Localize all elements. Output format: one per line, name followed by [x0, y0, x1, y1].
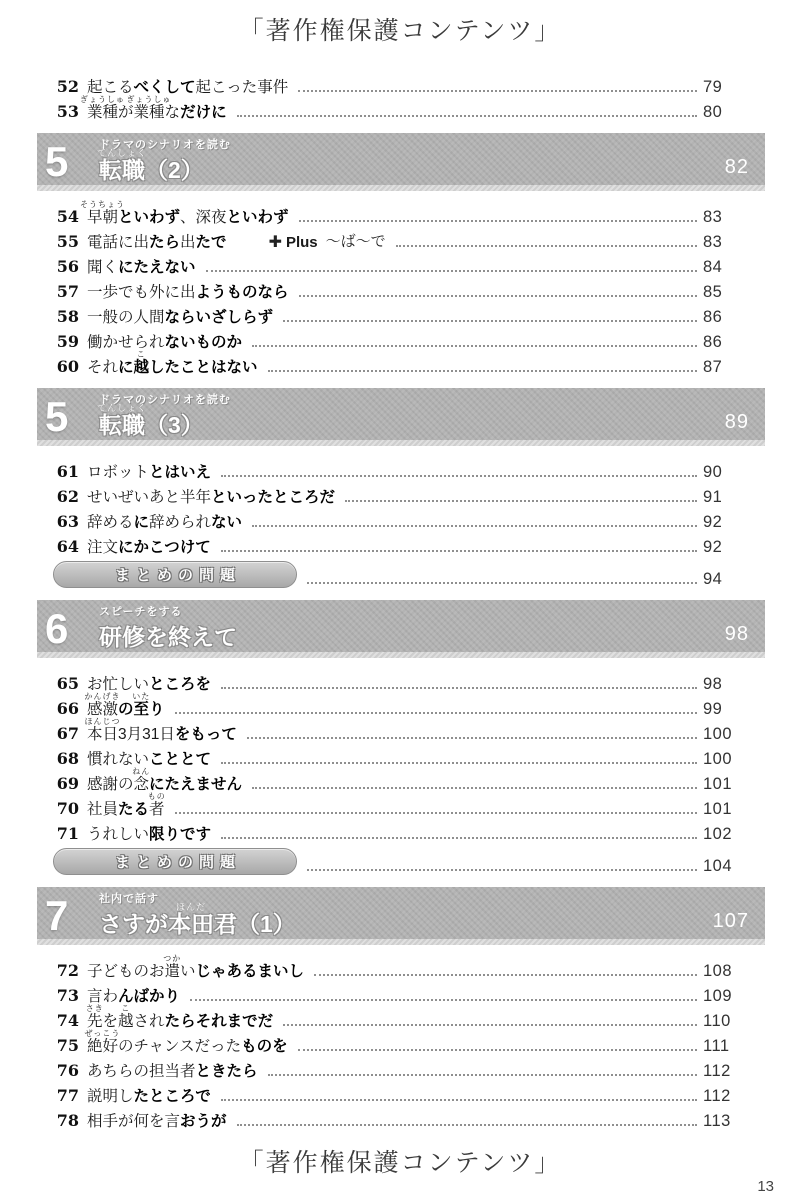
dotted-leader: [206, 270, 697, 272]
entry-page-number: 112: [703, 1088, 765, 1105]
entry-number: 72: [53, 963, 79, 980]
entry-number: 74: [53, 1013, 79, 1030]
toc-entry: 69感謝のねん念にたえません101: [37, 768, 765, 793]
chapter-number: 6: [45, 608, 68, 650]
entry-title: せいぜいあと半年といったところだ: [87, 489, 335, 506]
entry-page-number: 86: [703, 334, 765, 351]
ruby-text: ほんだ本田: [168, 912, 214, 936]
plus-icon: ✚: [269, 235, 282, 251]
entry-page-number: 91: [703, 489, 765, 506]
entry-title: さき先をこ越されたらそれまでだ: [87, 1013, 273, 1030]
dotted-leader: [298, 1049, 697, 1051]
toc-entry: 54そうちょう早朝といわず、深夜といわず83: [37, 201, 765, 226]
chapter-bar: 6スピーチをする研修を終えて98: [37, 600, 765, 652]
dotted-leader: [268, 370, 697, 372]
toc-entry: 55電話に出たら出たで✚Plus～ば～で83: [37, 226, 765, 251]
entry-number: 69: [53, 776, 79, 793]
entry-page-number: 113: [703, 1113, 765, 1130]
entry-page-number: 99: [703, 701, 765, 718]
entry-title: ぎょうしゅ業種がぎょうしゅ業種なだけに: [87, 104, 227, 121]
toc: 52起こるべくして起こった事件7953ぎょうしゅ業種がぎょうしゅ業種なだけに80…: [0, 71, 800, 1130]
dotted-leader: [221, 550, 697, 552]
dotted-leader: [299, 220, 697, 222]
dotted-leader: [252, 787, 697, 789]
entry-page-number: 102: [703, 826, 765, 843]
entry-title: 一般の人間ならいざしらず: [87, 309, 273, 326]
summary-page-number: 104: [703, 858, 765, 875]
chapter-subtitle: スピーチをする: [99, 603, 183, 619]
chapter-page-number: 82: [725, 156, 749, 179]
chapter-bar-strip: [37, 440, 765, 446]
ruby-text: ぎょうしゅ業種: [87, 104, 118, 121]
chapter-page-number: 89: [725, 411, 749, 434]
entry-page-number: 83: [703, 209, 765, 226]
summary-row: まとめの問題104: [37, 847, 765, 875]
entry-page-number: 110: [703, 1013, 765, 1030]
ruby-text: ぎょうしゅ業種: [134, 104, 165, 121]
chapter-text: スピーチをする研修を終えて: [99, 603, 183, 649]
chapter-page-number: 107: [713, 910, 749, 933]
book-page: 「著作権保護コンテンツ」 52起こるべくして起こった事件7953ぎょうしゅ業種が…: [0, 0, 800, 1201]
dotted-leader: [298, 90, 697, 92]
toc-entry: 57一歩でも外に出ようものなら85: [37, 276, 765, 301]
entry-title: 言わんばかり: [87, 988, 180, 1005]
chapter-header: 7社内で話すさすがほんだ本田君（1）107: [37, 887, 765, 945]
plus-label: Plus: [286, 234, 318, 251]
entry-number: 66: [53, 701, 79, 718]
dotted-leader: [221, 837, 697, 839]
copyright-notice-bottom: 「著作権保護コンテンツ」: [0, 1148, 800, 1179]
toc-entry: 61ロボットとはいえ90: [37, 456, 765, 481]
chapter-number: 5: [45, 396, 68, 438]
toc-entry: 77説明したところで112: [37, 1080, 765, 1105]
dotted-leader: [237, 115, 697, 117]
summary-row: まとめの問題94: [37, 560, 765, 588]
ruby-text: こ越: [118, 1013, 134, 1030]
chapter-title: てんしょく転職（3）: [99, 413, 204, 437]
toc-entry: 58一般の人間ならいざしらず86: [37, 301, 765, 326]
entry-number: 78: [53, 1113, 79, 1130]
toc-entry: 65お忙しいところを98: [37, 668, 765, 693]
entry-page-number: 80: [703, 104, 765, 121]
summary-page-number: 94: [703, 571, 765, 588]
entry-title: 社員たるもの者: [87, 801, 165, 818]
entry-title: 働かせられないものか: [87, 334, 242, 351]
ruby-text: そうちょう早朝: [87, 209, 118, 226]
entry-page-number: 101: [703, 801, 765, 818]
entry-number: 68: [53, 751, 79, 768]
chapter-bar: 5ドラマのシナリオを読むてんしょく転職（3）89: [37, 388, 765, 440]
chapter-header: 5ドラマのシナリオを読むてんしょく転職（3）89: [37, 388, 765, 446]
plus-note: ✚Plus～ば～で: [269, 230, 386, 251]
entry-page-number: 100: [703, 726, 765, 743]
dotted-leader: [299, 295, 697, 297]
entry-page-number: 92: [703, 514, 765, 531]
toc-entry: 66かんげき感激のいた至り99: [37, 693, 765, 718]
entry-number: 75: [53, 1038, 79, 1055]
chapter-text: ドラマのシナリオを読むてんしょく転職（2）: [99, 136, 231, 182]
ruby-text: ぜっこう絶好: [87, 1038, 118, 1055]
entry-number: 56: [53, 259, 79, 276]
entry-title: そうちょう早朝といわず、深夜といわず: [87, 209, 289, 226]
entry-page-number: 100: [703, 751, 765, 768]
entry-title: 慣れないこととて: [87, 751, 211, 768]
toc-entry: 60それにこ越したことはない87: [37, 351, 765, 376]
entry-number: 54: [53, 209, 79, 226]
entry-title: ロボットとはいえ: [87, 464, 211, 481]
chapter-bar-strip: [37, 652, 765, 658]
entry-page-number: 109: [703, 988, 765, 1005]
ruby-text: さき先: [87, 1013, 103, 1030]
dotted-leader: [345, 500, 697, 502]
toc-entry: 70社員たるもの者101: [37, 793, 765, 818]
copyright-notice-top: 「著作権保護コンテンツ」: [0, 0, 800, 47]
entry-number: 63: [53, 514, 79, 531]
entry-number: 61: [53, 464, 79, 481]
entry-title: お忙しいところを: [87, 676, 211, 693]
entry-number: 52: [53, 79, 79, 96]
ruby-text: ほんじつ本日: [87, 726, 118, 743]
toc-entry: 76あちらの担当者ときたら112: [37, 1055, 765, 1080]
toc-entry: 59働かせられないものか86: [37, 326, 765, 351]
ruby-text: もの者: [149, 801, 165, 818]
entry-page-number: 111: [703, 1038, 765, 1055]
ruby-text: こ越: [134, 359, 150, 376]
entry-number: 65: [53, 676, 79, 693]
dotted-leader: [314, 974, 697, 976]
entry-number: 77: [53, 1088, 79, 1105]
entry-title: 相手が何を言おうが: [87, 1113, 227, 1130]
chapter-number: 5: [45, 141, 68, 183]
dotted-leader: [268, 1074, 697, 1076]
toc-entry: 63辞めるに辞められない92: [37, 506, 765, 531]
toc-entry: 71うれしい限りです102: [37, 818, 765, 843]
chapter-bar: 5ドラマのシナリオを読むてんしょく転職（2）82: [37, 133, 765, 185]
toc-entry: 53ぎょうしゅ業種がぎょうしゅ業種なだけに80: [37, 96, 765, 121]
entry-title: 一歩でも外に出ようものなら: [87, 284, 289, 301]
dotted-leader: [221, 475, 697, 477]
entry-number: 62: [53, 489, 79, 506]
entry-number: 70: [53, 801, 79, 818]
entry-page-number: 108: [703, 963, 765, 980]
toc-entry: 74さき先をこ越されたらそれまでだ110: [37, 1005, 765, 1030]
ruby-text: ねん念: [134, 776, 150, 793]
entry-number: 59: [53, 334, 79, 351]
dotted-leader: [307, 582, 697, 584]
chapter-bar-strip: [37, 939, 765, 945]
dotted-leader: [221, 1099, 697, 1101]
chapter-text: 社内で話すさすがほんだ本田君（1）: [99, 890, 159, 936]
entry-page-number: 86: [703, 309, 765, 326]
toc-entry: 72子どものおつか遣いじゃあるまいし108: [37, 955, 765, 980]
entry-title: 辞めるに辞められない: [87, 514, 242, 531]
entry-page-number: 112: [703, 1063, 765, 1080]
toc-entry: 75ぜっこう絶好のチャンスだったものを111: [37, 1030, 765, 1055]
summary-pill: まとめの問題: [53, 561, 297, 588]
page-number: 13: [757, 1178, 774, 1195]
entry-title: あちらの担当者ときたら: [87, 1063, 258, 1080]
entry-number: 57: [53, 284, 79, 301]
chapter-number: 7: [45, 895, 68, 937]
toc-entry: 78相手が何を言おうが113: [37, 1105, 765, 1130]
entry-number: 58: [53, 309, 79, 326]
dotted-leader: [247, 737, 697, 739]
summary-pill: まとめの問題: [53, 848, 297, 875]
ruby-text: つか遣: [165, 963, 181, 980]
dotted-leader: [252, 525, 697, 527]
ruby-text: てんしょく転職: [99, 158, 145, 182]
entry-page-number: 79: [703, 79, 765, 96]
entry-title: 起こるべくして起こった事件: [87, 79, 288, 96]
entry-title: うれしい限りです: [87, 826, 211, 843]
chapter-header: 6スピーチをする研修を終えて98: [37, 600, 765, 658]
toc-entry: 56聞くにたえない84: [37, 251, 765, 276]
entry-title: 子どものおつか遣いじゃあるまいし: [87, 963, 304, 980]
chapter-bar-strip: [37, 185, 765, 191]
entry-page-number: 98: [703, 676, 765, 693]
dotted-leader: [175, 812, 697, 814]
toc-entry: 73言わんばかり109: [37, 980, 765, 1005]
entry-number: 64: [53, 539, 79, 556]
entry-title: ぜっこう絶好のチャンスだったものを: [87, 1038, 288, 1055]
chapter-subtitle: 社内で話す: [99, 890, 159, 906]
dotted-leader: [237, 1124, 697, 1126]
entry-title: 感謝のねん念にたえません: [87, 776, 242, 793]
entry-title: 説明したところで: [87, 1088, 211, 1105]
toc-entry: 62せいぜいあと半年といったところだ91: [37, 481, 765, 506]
entry-number: 71: [53, 826, 79, 843]
chapter-title: さすがほんだ本田君（1）: [99, 912, 296, 936]
chapter-page-number: 98: [725, 623, 749, 646]
entry-page-number: 83: [703, 234, 765, 251]
entry-title: かんげき感激のいた至り: [87, 701, 165, 718]
entry-title: ほんじつ本日3月31日をもって: [87, 726, 237, 743]
ruby-text: いた至: [134, 701, 150, 718]
entry-number: 60: [53, 359, 79, 376]
chapter-title: 研修を終えて: [99, 625, 237, 649]
dotted-leader: [307, 869, 697, 871]
entry-page-number: 90: [703, 464, 765, 481]
entry-page-number: 92: [703, 539, 765, 556]
entry-page-number: 85: [703, 284, 765, 301]
dotted-leader: [396, 245, 697, 247]
entry-title: それにこ越したことはない: [87, 359, 258, 376]
dotted-leader: [252, 345, 697, 347]
entry-title: 電話に出たら出たで: [87, 234, 227, 251]
plus-pattern: ～ば～で: [326, 230, 386, 251]
entry-number: 67: [53, 726, 79, 743]
entry-page-number: 101: [703, 776, 765, 793]
chapter-title: てんしょく転職（2）: [99, 158, 204, 182]
entry-page-number: 84: [703, 259, 765, 276]
chapter-text: ドラマのシナリオを読むてんしょく転職（3）: [99, 391, 231, 437]
dotted-leader: [283, 320, 697, 322]
entry-title: 注文にかこつけて: [87, 539, 211, 556]
toc-entry: 68慣れないこととて100: [37, 743, 765, 768]
chapter-header: 5ドラマのシナリオを読むてんしょく転職（2）82: [37, 133, 765, 191]
toc-entry: 52起こるべくして起こった事件79: [37, 71, 765, 96]
dotted-leader: [283, 1024, 697, 1026]
entry-title: 聞くにたえない: [87, 259, 196, 276]
entry-number: 76: [53, 1063, 79, 1080]
dotted-leader: [175, 712, 697, 714]
dotted-leader: [221, 762, 697, 764]
toc-entry: 64注文にかこつけて92: [37, 531, 765, 556]
toc-entry: 67ほんじつ本日3月31日をもって100: [37, 718, 765, 743]
dotted-leader: [190, 999, 697, 1001]
entry-page-number: 87: [703, 359, 765, 376]
entry-number: 55: [53, 234, 79, 251]
ruby-text: かんげき感激: [87, 701, 118, 718]
entry-number: 53: [53, 104, 79, 121]
ruby-text: てんしょく転職: [99, 413, 145, 437]
dotted-leader: [221, 687, 697, 689]
entry-number: 73: [53, 988, 79, 1005]
chapter-bar: 7社内で話すさすがほんだ本田君（1）107: [37, 887, 765, 939]
